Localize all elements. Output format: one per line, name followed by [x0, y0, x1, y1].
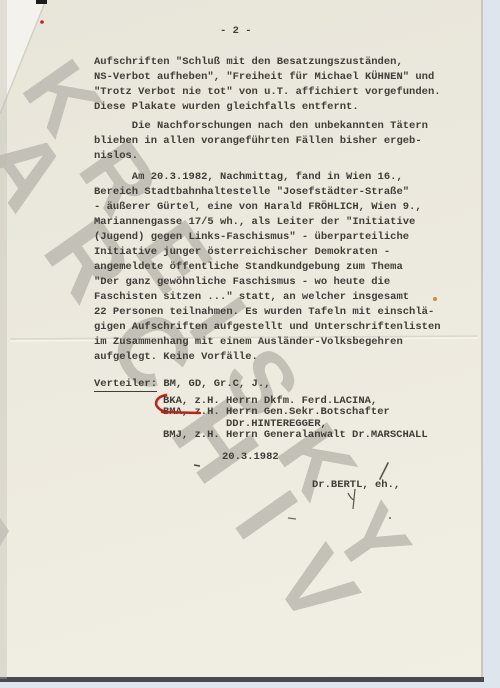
verteiler-label: Verteiler: [94, 378, 157, 392]
paragraph-investigation: Die Nachforschungen nach den unbekannten… [94, 119, 428, 164]
distribution-list: BKA, z.H. Herrn Dkfm. Ferd.LACINA, BMA, … [163, 396, 428, 442]
document-date: 20.3.1982 [222, 450, 279, 465]
black-edge-mark [36, 0, 47, 4]
page-number: - 2 - [220, 24, 252, 39]
verteiler-recipients: BM, GD, Gr.C, J., [157, 378, 270, 390]
red-speck [40, 20, 44, 24]
signature-line: Dr.BERTL, eh., [312, 478, 400, 493]
verteiler-line: Verteiler: BM, GD, Gr.C, J., [94, 377, 270, 392]
paragraph-posters: Aufschriften "Schluß mit den Besatzungsz… [94, 55, 441, 115]
scanned-document-page: KREISKY ARCHIV - 2 - Aufschriften "Schlu… [0, 0, 500, 688]
paper-bottom-edge [0, 677, 484, 682]
watermark-fragment [0, 518, 9, 546]
paragraph-rally: Am 20.3.1982, Nachmittag, fand in Wien 1… [94, 170, 441, 365]
paper-sheet: KREISKY ARCHIV - 2 - Aufschriften "Schlu… [0, 0, 483, 679]
